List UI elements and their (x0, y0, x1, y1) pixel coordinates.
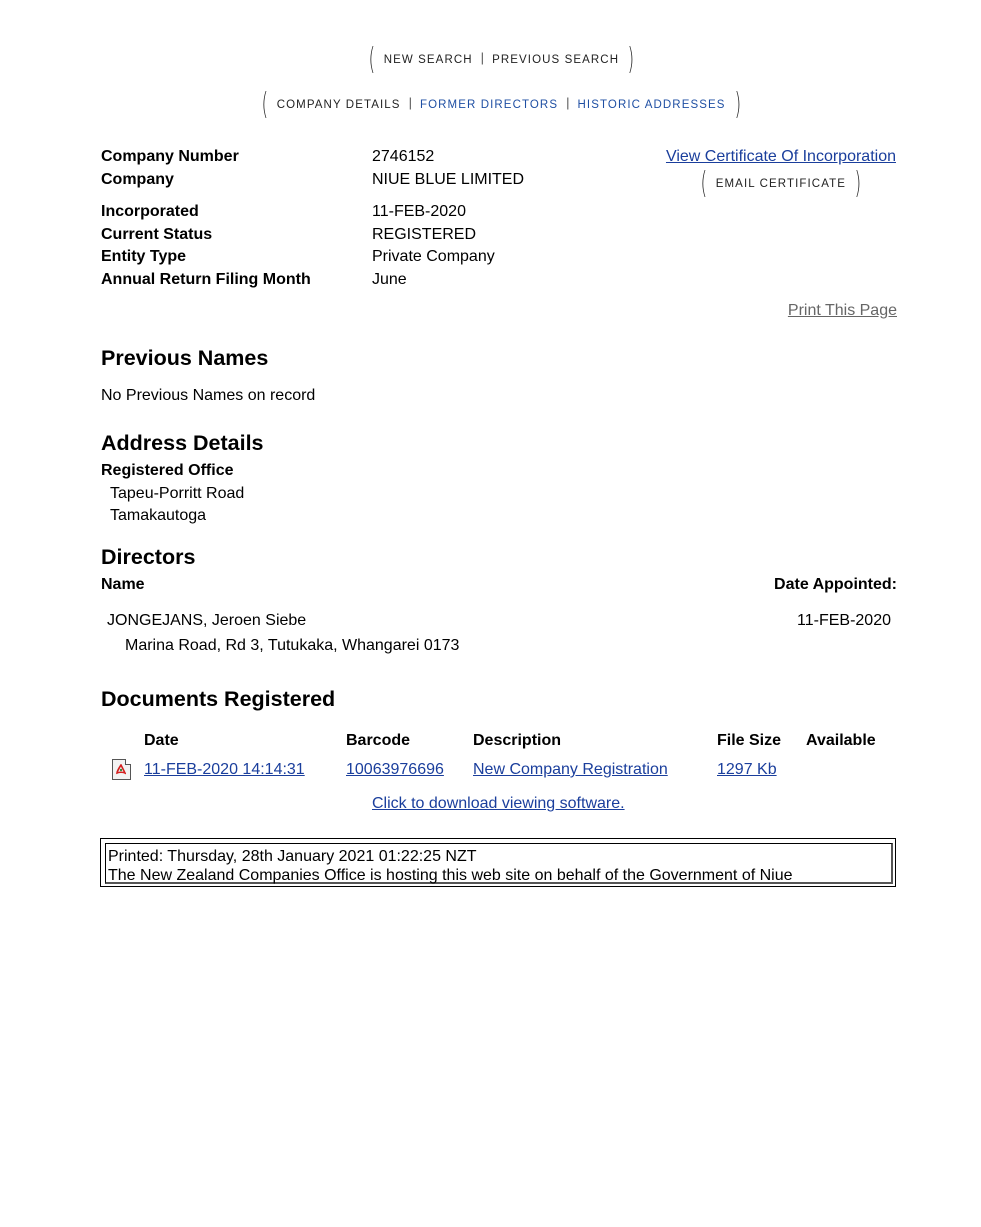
entity-type-label: Entity Type (101, 248, 186, 266)
separator: | (481, 50, 484, 65)
current-status-value: REGISTERED (372, 226, 476, 244)
previous-names-heading: Previous Names (101, 346, 268, 371)
company-name-label: Company (101, 171, 174, 189)
address-line-1: Tapeu-Porritt Road (110, 485, 244, 503)
tab-historic-addresses[interactable]: Historic Addresses (578, 99, 726, 111)
left-bracket-icon: ( (701, 169, 707, 199)
footer-box: Printed: Thursday, 28th January 2021 01:… (100, 838, 896, 887)
column-header-available: Available (806, 732, 876, 750)
company-number-label: Company Number (101, 148, 239, 166)
company-name-value: NIUE BLUE LIMITED (372, 171, 524, 189)
document-file-size-link[interactable]: 1297 Kb (717, 761, 777, 779)
pdf-icon[interactable] (112, 759, 131, 780)
footer-inner: Printed: Thursday, 28th January 2021 01:… (105, 843, 893, 884)
filing-month-label: Annual Return Filing Month (101, 271, 311, 289)
previous-names-text: No Previous Names on record (101, 387, 315, 405)
entity-type-value: Private Company (372, 248, 495, 266)
document-barcode-link[interactable]: 10063976696 (346, 761, 444, 779)
directors-name-header: Name (101, 576, 145, 594)
director-name: JONGEJANS, Jeroen Siebe (107, 612, 306, 630)
separator: | (409, 95, 412, 110)
filing-month-value: June (372, 271, 407, 289)
column-header-file-size: File Size (717, 732, 781, 750)
company-number-value: 2746152 (372, 148, 434, 166)
email-certificate-button[interactable]: Email Certificate (716, 178, 846, 190)
download-viewing-software-link[interactable]: Click to download viewing software. (372, 795, 625, 813)
tab-former-directors[interactable]: Former Directors (420, 99, 558, 111)
column-header-barcode: Barcode (346, 732, 410, 750)
printed-timestamp: Printed: Thursday, 28th January 2021 01:… (108, 847, 889, 866)
right-bracket-icon: ) (628, 45, 634, 75)
top-nav: ( New Search | Previous Search ) (366, 44, 637, 76)
hosting-notice: The New Zealand Companies Office is host… (108, 866, 889, 885)
separator: | (566, 95, 569, 110)
document-date-link[interactable]: 11-FEB-2020 14:14:31 (144, 761, 305, 779)
documents-heading: Documents Registered (101, 687, 335, 712)
previous-search-link[interactable]: Previous Search (492, 54, 619, 66)
left-bracket-icon: ( (262, 90, 268, 120)
document-description-link[interactable]: New Company Registration (473, 761, 668, 779)
incorporated-value: 11-FEB-2020 (372, 203, 466, 221)
column-header-date: Date (144, 732, 179, 750)
new-search-link[interactable]: New Search (384, 54, 473, 66)
email-certificate-bar: ( Email Certificate ) (698, 168, 864, 200)
director-address: Marina Road, Rd 3, Tutukaka, Whangarei 0… (125, 637, 459, 655)
directors-date-header: Date Appointed: (774, 576, 897, 594)
tab-company-details[interactable]: Company Details (277, 99, 401, 111)
registered-office-label: Registered Office (101, 462, 233, 480)
right-bracket-icon: ) (734, 90, 740, 120)
address-line-2: Tamakautoga (110, 507, 206, 525)
incorporated-label: Incorporated (101, 203, 199, 221)
tab-bar: ( Company Details | Former Directors | H… (259, 89, 743, 121)
address-details-heading: Address Details (101, 431, 264, 456)
column-header-description: Description (473, 732, 561, 750)
left-bracket-icon: ( (369, 45, 375, 75)
directors-heading: Directors (101, 545, 195, 570)
director-date-appointed: 11-FEB-2020 (797, 612, 891, 630)
print-page-link[interactable]: Print This Page (788, 302, 897, 320)
view-certificate-link[interactable]: View Certificate Of Incorporation (666, 148, 896, 166)
current-status-label: Current Status (101, 226, 212, 244)
acrobat-swirl-icon (116, 764, 126, 775)
right-bracket-icon: ) (855, 169, 861, 199)
